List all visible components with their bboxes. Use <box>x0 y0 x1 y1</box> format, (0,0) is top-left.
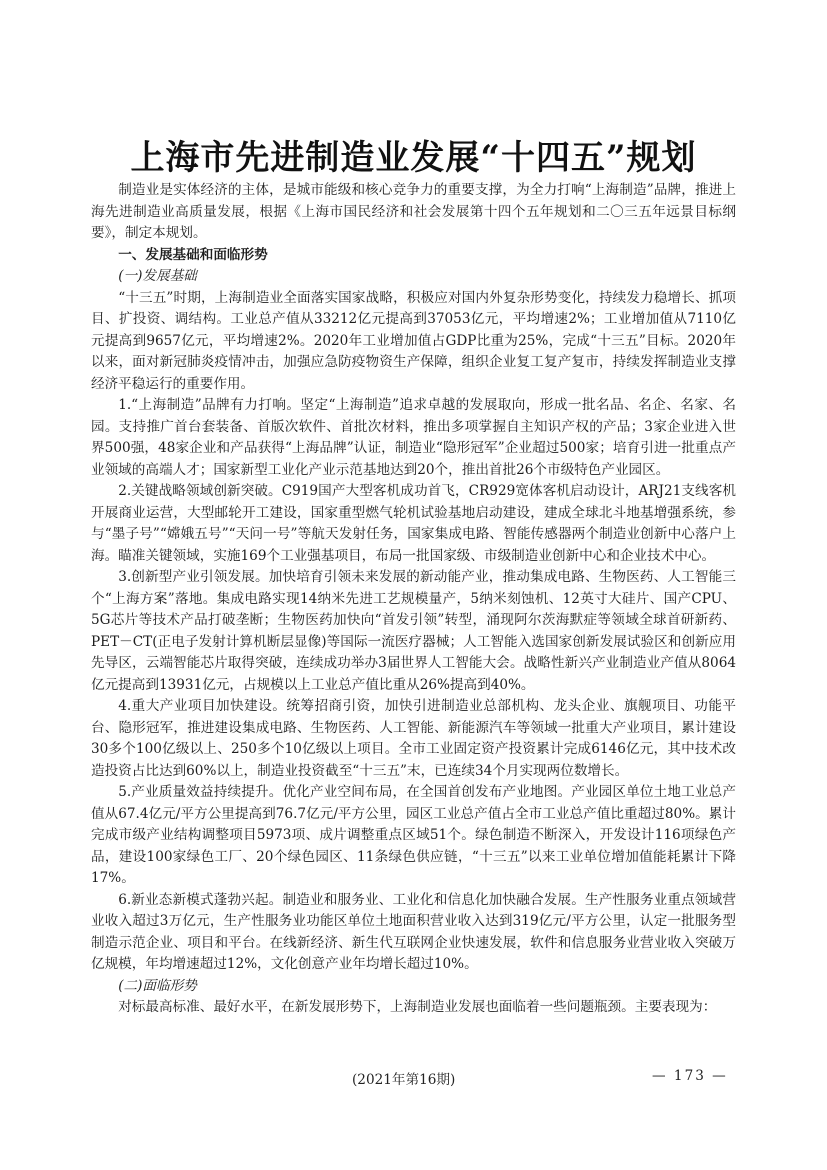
page-number: — 173 — <box>652 1068 728 1084</box>
page-footer: (2021年第16期) — 173 — <box>0 1068 827 1090</box>
subsection-heading-development-base: (一)发展基础 <box>91 266 736 288</box>
paragraph-challenges: 对标最高标准、最好水平，在新发展形势下，上海制造业发展也面临着一些问题瓶颈。主要… <box>91 997 736 1019</box>
paragraph-item-6: 6.新业态新模式蓬勃兴起。制造业和服务业、工业化和信息化加快融合发展。生产性服务… <box>91 890 736 976</box>
intro-paragraph: 制造业是实体经济的主体，是城市能级和核心竞争力的重要支撑，为全力打响“上海制造”… <box>91 180 736 245</box>
document-body: 制造业是实体经济的主体，是城市能级和核心竞争力的重要支撑，为全力打响“上海制造”… <box>91 180 736 1019</box>
subsection-heading-challenges: (二)面临形势 <box>91 976 736 998</box>
issue-label: (2021年第16期) <box>352 1068 455 1088</box>
paragraph-item-5: 5.产业质量效益持续提升。优化产业空间布局，在全国首创发布产业地图。产业园区单位… <box>91 782 736 890</box>
paragraph-item-1: 1.“上海制造”品牌有力打响。坚定“上海制造”追求卓越的发展取向，形成一批名品、… <box>91 395 736 481</box>
document-page: 上海市先进制造业发展“十四五”规划 制造业是实体经济的主体，是城市能级和核心竞争… <box>0 0 827 1170</box>
section-heading-1: 一、发展基础和面临形势 <box>91 245 736 267</box>
paragraph-13th-five-year: “十三五”时期，上海制造业全面落实国家战略，积极应对国内外复杂形势变化，持续发力… <box>91 288 736 396</box>
paragraph-item-4: 4.重大产业项目加快建设。统筹招商引资，加快引进制造业总部机构、龙头企业、旗舰项… <box>91 696 736 782</box>
paragraph-item-2: 2.关键战略领域创新突破。C919国产大型客机成功首飞，CR929宽体客机启动设… <box>91 481 736 567</box>
paragraph-item-3: 3.创新型产业引领发展。加快培育引领未来发展的新动能产业，推动集成电路、生物医药… <box>91 567 736 696</box>
document-title: 上海市先进制造业发展“十四五”规划 <box>0 130 827 179</box>
